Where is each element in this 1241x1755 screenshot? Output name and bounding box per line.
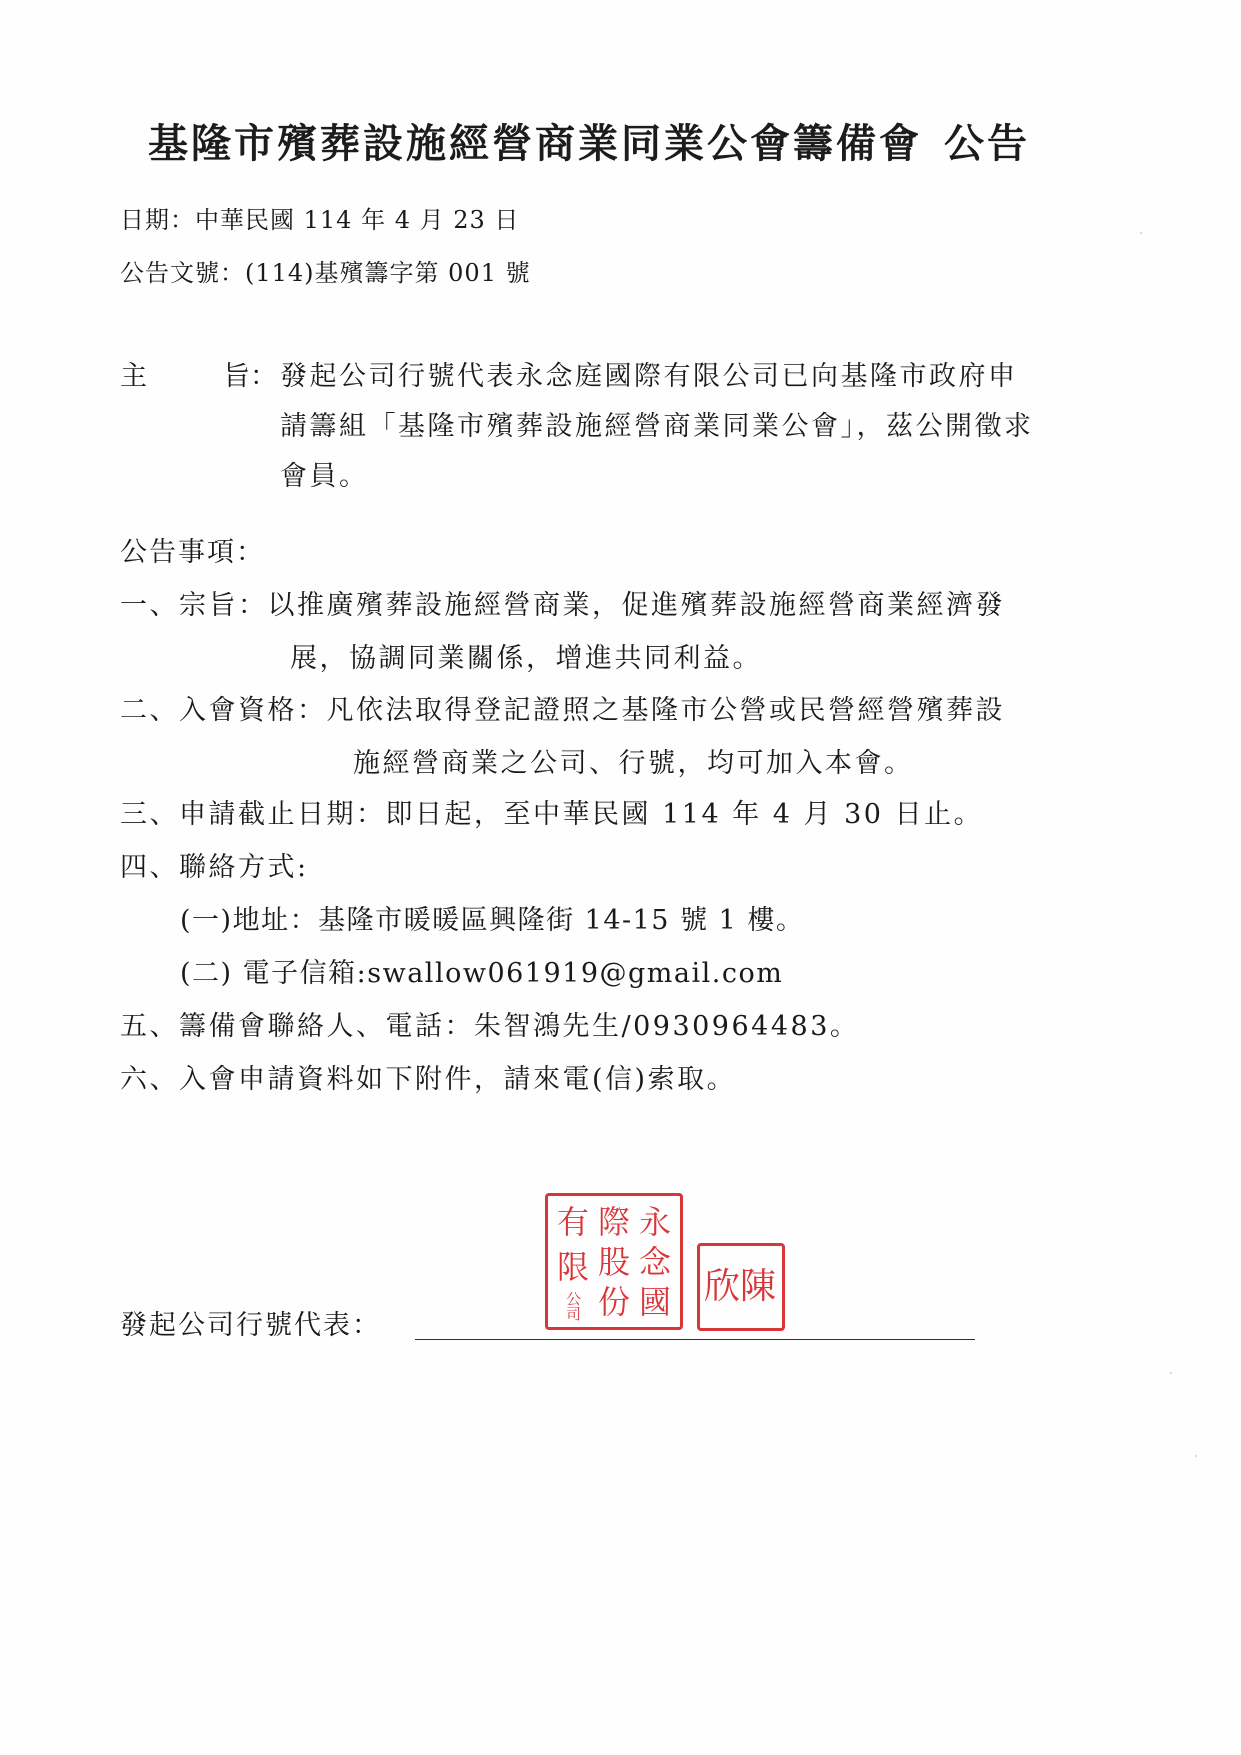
notice-item-contact-person: 五、籌備會聯絡人、電話：朱智鴻先生/0930964483。 — [120, 1004, 859, 1043]
notice-item-purpose: 一、宗旨：以推廣殯葬設施經營商業，促進殯葬設施經營商業經濟發 展，協調同業關係，… — [120, 583, 1005, 622]
notice-item-application: 六、入會申請資料如下附件，請來電(信)索取。 — [120, 1057, 736, 1096]
seal-char: 有 — [557, 1202, 589, 1242]
page-title: 基隆市殯葬設施經營商業同業公會籌備會公告 — [148, 112, 1108, 169]
seal-char: 股 — [598, 1242, 630, 1282]
seal-char: 陳 — [740, 1252, 776, 1322]
contact-email[interactable]: (二) 電子信箱:swallow061919@gmail.com — [180, 951, 783, 990]
seal-char: 際 — [598, 1202, 630, 1242]
personal-seal-stamp: 陳 欣 — [697, 1243, 785, 1331]
notice-item-deadline: 三、申請截止日期：即日起，至中華民國 114 年 4 月 30 日止。 — [120, 792, 983, 831]
scan-artifact — [1195, 1455, 1197, 1457]
notice-item-eligibility: 二、入會資格：凡依法取得登記證照之基隆市公營或民營經營殯葬設 施經營商業之公司、… — [120, 688, 1005, 727]
subject-body: 發起公司行號代表永念庭國際有限公司已向基隆市政府申 請籌組「基隆市殯葬設施經營商… — [280, 352, 1120, 502]
seal-char: 念 — [639, 1242, 671, 1282]
seal-char: 公司 — [564, 1291, 582, 1321]
seal-char: 欣 — [704, 1252, 740, 1322]
notice-item-continuation: 施經營商業之公司、行號，均可加入本會。 — [353, 741, 914, 780]
signature-label: 發起公司行號代表： — [120, 1303, 381, 1342]
seal-column: 有 限 公司 — [554, 1202, 592, 1321]
signature-line — [415, 1339, 975, 1340]
scan-artifact — [1170, 1372, 1172, 1374]
seal-column: 際 股 份 — [595, 1202, 633, 1321]
notice-item-contact: 四、聯絡方式: — [120, 845, 309, 884]
subject-label-char2: 旨： — [223, 352, 277, 402]
subject-line: 請籌組「基隆市殯葬設施經營商業同業公會」，茲公開徵求 — [280, 402, 1120, 452]
seal-char: 國 — [639, 1282, 671, 1322]
subject-line: 發起公司行號代表永念庭國際有限公司已向基隆市政府申 — [280, 352, 1120, 402]
notice-heading: 公告事項： — [120, 530, 265, 569]
announcement-page: 基隆市殯葬設施經營商業同業公會籌備會公告 日期：中華民國 114 年 4 月 2… — [0, 0, 1241, 1755]
seal-char: 份 — [598, 1282, 630, 1322]
title-main: 基隆市殯葬設施經營商業同業公會籌備會 — [148, 120, 922, 167]
contact-address: (一)地址：基隆市暖暖區興隆街 14-15 號 1 樓。 — [180, 898, 804, 937]
seal-column: 永 念 國 — [636, 1202, 674, 1321]
notice-item-line: 一、宗旨：以推廣殯葬設施經營商業，促進殯葬設施經營商業經濟發 — [120, 590, 1005, 621]
seal-char: 限 — [557, 1247, 589, 1287]
document-number: 公告文號：(114)基殯籌字第 001 號 — [120, 253, 531, 288]
subject-label: 主旨： — [120, 352, 280, 402]
seal-char: 永 — [639, 1202, 671, 1242]
announcement-date: 日期：中華民國 114 年 4 月 23 日 — [120, 200, 519, 235]
title-suffix: 公告 — [944, 120, 1030, 167]
notice-item-continuation: 展，協調同業關係，增進共同利益。 — [290, 636, 762, 675]
scan-artifact — [1140, 232, 1142, 234]
company-seal-stamp: 永 念 國 際 股 份 有 限 公司 — [545, 1193, 683, 1330]
subject-label-char1: 主 — [120, 361, 147, 392]
subject-line: 會員。 — [280, 452, 1120, 502]
notice-item-line: 二、入會資格：凡依法取得登記證照之基隆市公營或民營經營殯葬設 — [120, 695, 1005, 726]
